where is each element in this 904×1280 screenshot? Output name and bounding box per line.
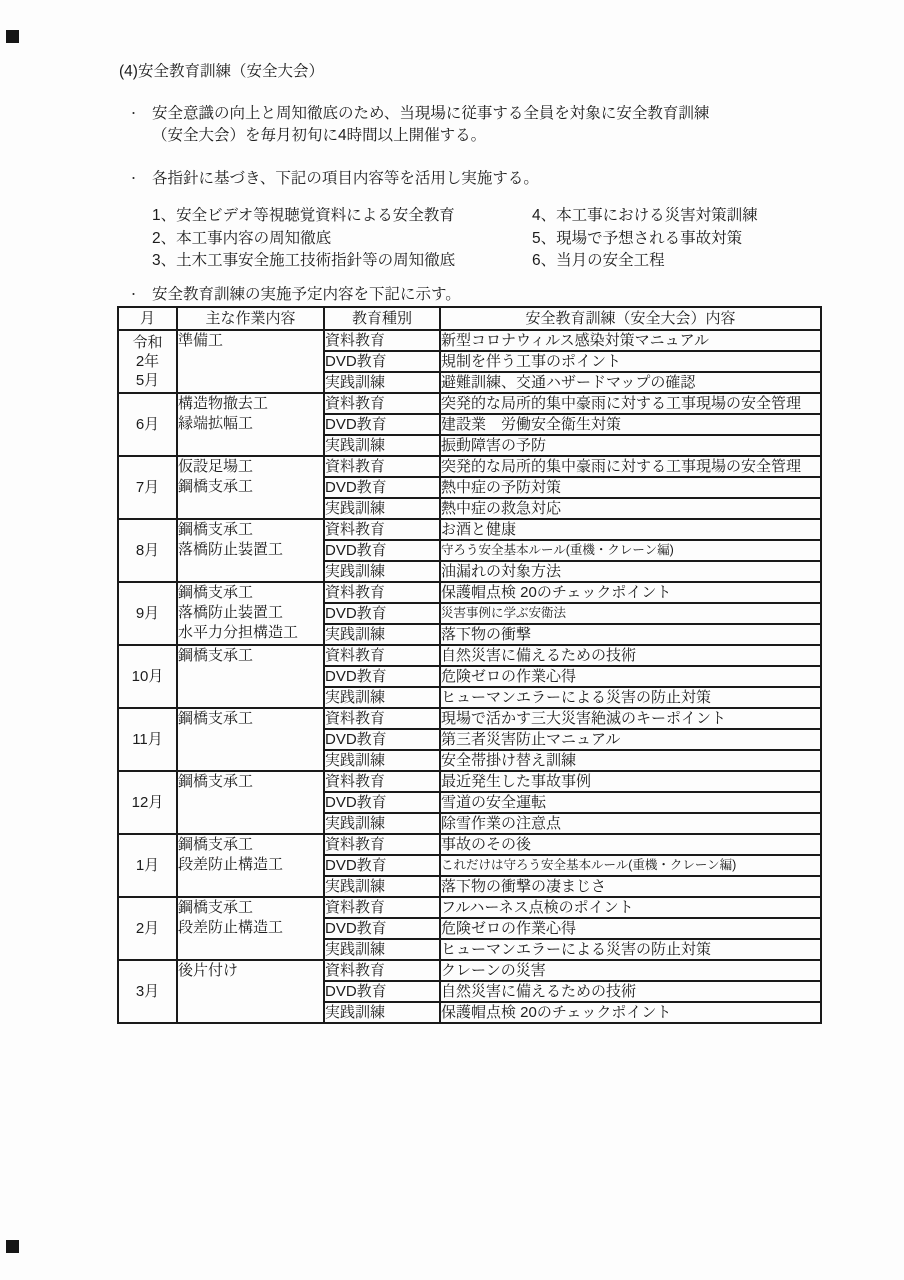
bullet-icon: ・ [128, 103, 152, 147]
training-content-cell: ヒューマンエラーによる災害の防止対策 [440, 687, 821, 708]
work-content-cell: 仮設足場工鋼橋支承工 [177, 456, 324, 519]
training-content-cell: 第三者災害防止マニュアル [440, 729, 821, 750]
education-type-cell: 資料教育 [324, 456, 440, 477]
education-type-cell: DVD教育 [324, 792, 440, 813]
bullet-1-line-1: 安全意識の向上と周知徹底のため、当現場に従事する全員を対象に安全教育訓練 [152, 105, 709, 122]
list-item: 5、現場で予想される事故対策 [532, 228, 862, 251]
training-content-cell: 危険ゼロの作業心得 [440, 918, 821, 939]
training-content-cell: 危険ゼロの作業心得 [440, 666, 821, 687]
table-row: 8月鋼橋支承工落橋防止装置工資料教育お酒と健康 [118, 519, 821, 540]
training-content-cell: 建設業 労働安全衛生対策 [440, 414, 821, 435]
education-type-cell: DVD教育 [324, 540, 440, 561]
training-content-cell: 保護帽点検 20のチェックポイント [440, 582, 821, 603]
training-content-cell: 雪道の安全運転 [440, 792, 821, 813]
training-content-cell: ヒューマンエラーによる災害の防止対策 [440, 939, 821, 960]
education-type-cell: 資料教育 [324, 519, 440, 540]
bullet-paragraph-1-text: 安全意識の向上と周知徹底のため、当現場に従事する全員を対象に安全教育訓練 （安全… [152, 103, 709, 147]
list-item: 1、安全ビデオ等視聴覚資料による安全教育 [152, 205, 522, 228]
bullet-paragraph-2: ・ 各指針に基づき、下記の項目内容等を活用し実施する。 [128, 168, 828, 190]
education-type-cell: 実践訓練 [324, 1002, 440, 1023]
education-type-cell: 資料教育 [324, 393, 440, 414]
document-page: { "title": "(4)安全教育訓練（安全大会）", "bullet_ch… [0, 0, 904, 1280]
training-content-cell: 熱中症の予防対策 [440, 477, 821, 498]
header-work: 主な作業内容 [177, 307, 324, 330]
header-education-type: 教育種別 [324, 307, 440, 330]
education-type-cell: 資料教育 [324, 330, 440, 351]
education-type-cell: 実践訓練 [324, 687, 440, 708]
table-row: 12月鋼橋支承工資料教育最近発生した事故事例 [118, 771, 821, 792]
training-content-cell: 規制を伴う工事のポイント [440, 351, 821, 372]
training-content-cell: 災害事例に学ぶ安衛法 [440, 603, 821, 624]
education-type-cell: DVD教育 [324, 477, 440, 498]
work-content-cell: 鋼橋支承工落橋防止装置工 [177, 519, 324, 582]
list-item: 2、本工事内容の周知徹底 [152, 228, 522, 251]
work-content-cell: 鋼橋支承工 [177, 645, 324, 708]
education-type-cell: DVD教育 [324, 918, 440, 939]
month-cell: 11月 [118, 708, 177, 771]
education-type-cell: 資料教育 [324, 834, 440, 855]
bullet-paragraph-1: ・ 安全意識の向上と周知徹底のため、当現場に従事する全員を対象に安全教育訓練 （… [128, 103, 828, 147]
education-type-cell: 資料教育 [324, 645, 440, 666]
training-content-cell: 最近発生した事故事例 [440, 771, 821, 792]
training-content-cell: 油漏れの対象方法 [440, 561, 821, 582]
registration-mark-bottom [6, 1240, 19, 1253]
table-header-row: 月 主な作業内容 教育種別 安全教育訓練（安全大会）内容 [118, 307, 821, 330]
training-content-cell: 落下物の衝撃 [440, 624, 821, 645]
month-cell: 7月 [118, 456, 177, 519]
numbered-list-left: 1、安全ビデオ等視聴覚資料による安全教育 2、本工事内容の周知徹底 3、土木工事… [152, 205, 522, 273]
month-cell: 1月 [118, 834, 177, 897]
education-type-cell: 実践訓練 [324, 435, 440, 456]
education-type-cell: DVD教育 [324, 351, 440, 372]
table-header: 月 主な作業内容 教育種別 安全教育訓練（安全大会）内容 [118, 307, 821, 330]
training-content-cell: 振動障害の予防 [440, 435, 821, 456]
table-row: 11月鋼橋支承工資料教育現場で活かす三大災害絶滅のキーポイント [118, 708, 821, 729]
training-content-cell: クレーンの災害 [440, 960, 821, 981]
education-type-cell: DVD教育 [324, 981, 440, 1002]
list-item: 4、本工事における災害対策訓練 [532, 205, 862, 228]
training-content-cell: 除雪作業の注意点 [440, 813, 821, 834]
table-row: 10月鋼橋支承工資料教育自然災害に備えるための技術 [118, 645, 821, 666]
month-cell: 2月 [118, 897, 177, 960]
work-content-cell: 構造物撤去工縁端拡幅工 [177, 393, 324, 456]
registration-mark-top [6, 30, 19, 43]
education-type-cell: DVD教育 [324, 666, 440, 687]
work-content-cell: 後片付け [177, 960, 324, 1023]
education-type-cell: 資料教育 [324, 897, 440, 918]
table-row: 9月鋼橋支承工落橋防止装置工水平力分担構造工資料教育保護帽点検 20のチェックポ… [118, 582, 821, 603]
education-type-cell: 実践訓練 [324, 876, 440, 897]
education-type-cell: 実践訓練 [324, 750, 440, 771]
training-content-cell: 事故のその後 [440, 834, 821, 855]
education-type-cell: 資料教育 [324, 582, 440, 603]
education-type-cell: DVD教育 [324, 603, 440, 624]
safety-training-schedule-table: 月 主な作業内容 教育種別 安全教育訓練（安全大会）内容 令和2年5月準備工資料… [117, 306, 822, 1024]
training-content-cell: 保護帽点検 20のチェックポイント [440, 1002, 821, 1023]
education-type-cell: DVD教育 [324, 414, 440, 435]
education-type-cell: 実践訓練 [324, 624, 440, 645]
month-cell: 10月 [118, 645, 177, 708]
education-type-cell: 実践訓練 [324, 372, 440, 393]
section-title: (4)安全教育訓練（安全大会） [119, 61, 324, 83]
table-row: 3月後片付け資料教育クレーンの災害 [118, 960, 821, 981]
work-content-cell: 鋼橋支承工 [177, 708, 324, 771]
month-cell: 3月 [118, 960, 177, 1023]
training-content-cell: 突発的な局所的集中豪雨に対する工事現場の安全管理 [440, 393, 821, 414]
list-item: 3、土木工事安全施工技術指針等の周知徹底 [152, 250, 522, 273]
education-type-cell: DVD教育 [324, 855, 440, 876]
training-content-cell: 自然災害に備えるための技術 [440, 981, 821, 1002]
training-content-cell: 現場で活かす三大災害絶滅のキーポイント [440, 708, 821, 729]
education-type-cell: 実践訓練 [324, 939, 440, 960]
bullet-paragraph-3: ・ 安全教育訓練の実施予定内容を下記に示す。 [128, 284, 828, 306]
training-content-cell: 守ろう安全基本ルール(重機・クレーン編) [440, 540, 821, 561]
training-content-cell: 突発的な局所的集中豪雨に対する工事現場の安全管理 [440, 456, 821, 477]
table-row: 2月鋼橋支承工段差防止構造工資料教育フルハーネス点検のポイント [118, 897, 821, 918]
month-cell: 6月 [118, 393, 177, 456]
table-row: 1月鋼橋支承工段差防止構造工資料教育事故のその後 [118, 834, 821, 855]
training-content-cell: これだけは守ろう安全基本ルール(重機・クレーン編) [440, 855, 821, 876]
work-content-cell: 鋼橋支承工段差防止構造工 [177, 834, 324, 897]
schedule-table-body: 令和2年5月準備工資料教育新型コロナウィルス感染対策マニュアルDVD教育規制を伴… [118, 330, 821, 1023]
bullet-paragraph-2-text: 各指針に基づき、下記の項目内容等を活用し実施する。 [152, 168, 539, 190]
numbered-list-right: 4、本工事における災害対策訓練 5、現場で予想される事故対策 6、当月の安全工程 [532, 205, 862, 273]
table-row: 7月仮設足場工鋼橋支承工資料教育突発的な局所的集中豪雨に対する工事現場の安全管理 [118, 456, 821, 477]
work-content-cell: 鋼橋支承工段差防止構造工 [177, 897, 324, 960]
work-content-cell: 鋼橋支承工落橋防止装置工水平力分担構造工 [177, 582, 324, 645]
month-cell: 9月 [118, 582, 177, 645]
list-item: 6、当月の安全工程 [532, 250, 862, 273]
training-content-cell: フルハーネス点検のポイント [440, 897, 821, 918]
table-row: 令和2年5月準備工資料教育新型コロナウィルス感染対策マニュアル [118, 330, 821, 351]
table-intro-text: 安全教育訓練の実施予定内容を下記に示す。 [152, 284, 461, 306]
month-cell: 12月 [118, 771, 177, 834]
training-content-cell: 安全帯掛け替え訓練 [440, 750, 821, 771]
month-cell: 8月 [118, 519, 177, 582]
training-content-cell: 避難訓練、交通ハザードマップの確認 [440, 372, 821, 393]
bullet-icon: ・ [128, 284, 152, 306]
bullet-icon: ・ [128, 168, 152, 190]
education-type-cell: 実践訓練 [324, 498, 440, 519]
education-type-cell: 実践訓練 [324, 561, 440, 582]
education-type-cell: DVD教育 [324, 729, 440, 750]
education-type-cell: 資料教育 [324, 960, 440, 981]
work-content-cell: 準備工 [177, 330, 324, 393]
header-month: 月 [118, 307, 177, 330]
training-content-cell: 落下物の衝撃の凄まじさ [440, 876, 821, 897]
work-content-cell: 鋼橋支承工 [177, 771, 324, 834]
month-cell: 令和2年5月 [118, 330, 177, 393]
training-content-cell: 熱中症の救急対応 [440, 498, 821, 519]
training-content-cell: 新型コロナウィルス感染対策マニュアル [440, 330, 821, 351]
education-type-cell: 資料教育 [324, 771, 440, 792]
education-type-cell: 資料教育 [324, 708, 440, 729]
education-type-cell: 実践訓練 [324, 813, 440, 834]
header-content: 安全教育訓練（安全大会）内容 [440, 307, 821, 330]
bullet-1-line-2: （安全大会）を毎月初旬に4時間以上開催する。 [152, 127, 486, 144]
training-content-cell: 自然災害に備えるための技術 [440, 645, 821, 666]
training-content-cell: お酒と健康 [440, 519, 821, 540]
table-row: 6月構造物撤去工縁端拡幅工資料教育突発的な局所的集中豪雨に対する工事現場の安全管… [118, 393, 821, 414]
